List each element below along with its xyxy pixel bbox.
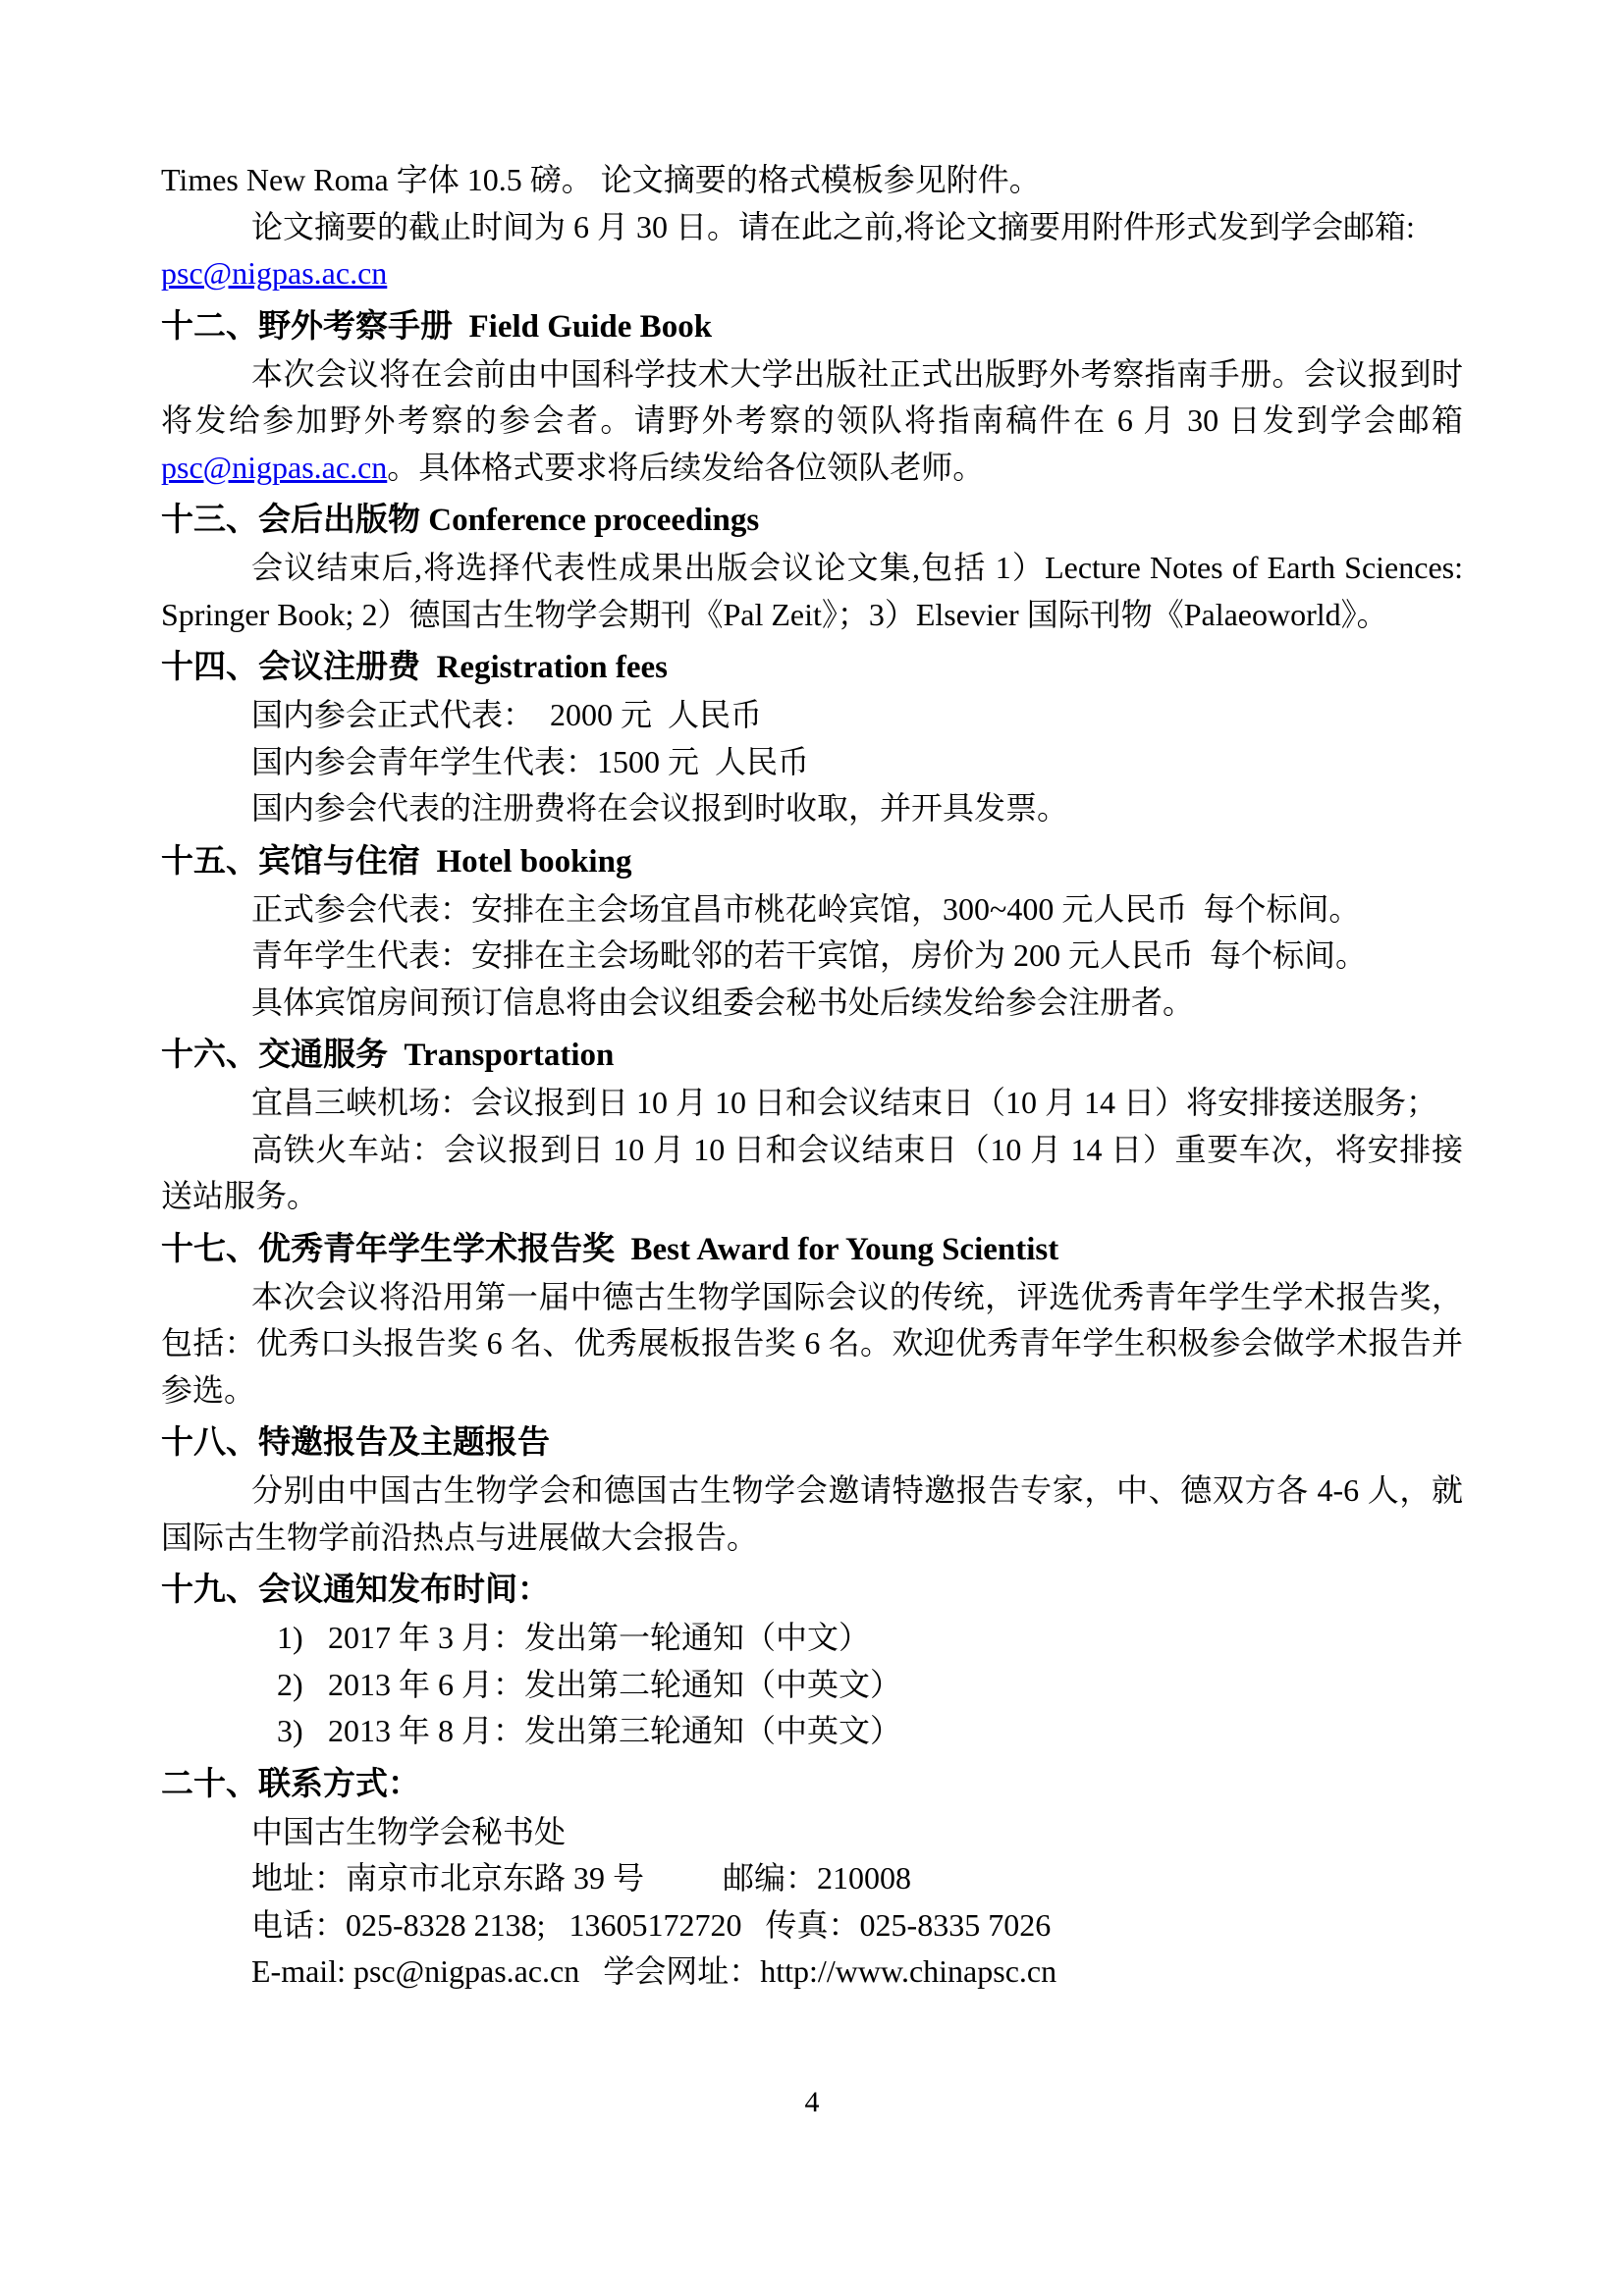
hotel-line: 具体宾馆房间预订信息将由会议组委会秘书处后续发给参会注册者。	[161, 980, 1463, 1027]
notice-schedule-item: 2)2013 年 6 月：发出第二轮通知（中英文）	[277, 1662, 1463, 1709]
hotel-line: 青年学生代表：安排在主会场毗邻的若干宾馆，房价为 200 元人民币 每个标间。	[161, 933, 1463, 980]
registration-fee-line: 国内参会青年学生代表：1500 元 人民币	[161, 739, 1463, 786]
paragraph-text: 本次会议将在会前由中国科学技术大学出版社正式出版野外考察指南手册。会议报到时将发…	[161, 356, 1463, 439]
font-note-text: Times New Roma 字体 10.5 磅。 论文摘要的格式模板参见附件。	[161, 157, 1463, 204]
notice-schedule-item: 1)2017 年 3 月：发出第一轮通知（中文）	[277, 1615, 1463, 1662]
registration-fee-line: 国内参会正式代表： 2000 元 人民币	[161, 692, 1463, 739]
section-13-paragraph: 会议结束后,将选择代表性成果出版会议论文集,包括 1）Lecture Notes…	[161, 545, 1463, 638]
section-title-20: 二十、联系方式：	[161, 1760, 1463, 1809]
contact-phone-line: 电话：025-8328 2138; 13605172720 传真：025-833…	[161, 1902, 1463, 1949]
list-number: 1)	[277, 1615, 328, 1662]
contact-email-line: E-mail: psc@nigpas.ac.cn 学会网址：http://www…	[161, 1949, 1463, 1996]
list-text: 2013 年 8 月：发出第三轮通知（中英文）	[328, 1713, 901, 1748]
document-page: Times New Roma 字体 10.5 磅。 论文摘要的格式模板参见附件。…	[0, 0, 1624, 2296]
list-number: 2)	[277, 1662, 328, 1709]
section-title-19: 十九、会议通知发布时间：	[161, 1566, 1463, 1615]
transport-line: 宜昌三峡机场：会议报到日 10 月 10 日和会议结束日（10 月 14 日）将…	[161, 1080, 1463, 1127]
hotel-line: 正式参会代表：安排在主会场宜昌市桃花岭宾馆，300~400 元人民币 每个标间。	[161, 886, 1463, 934]
section-17-paragraph: 本次会议将沿用第一届中德古生物学国际会议的传统，评选优秀青年学生学术报告奖，包括…	[161, 1274, 1463, 1415]
section-title-17: 十七、优秀青年学生学术报告奖 Best Award for Young Scie…	[161, 1225, 1463, 1274]
transport-line: 高铁火车站：会议报到日 10 月 10 日和会议结束日（10 月 14 日）重要…	[161, 1127, 1463, 1220]
section-title-12: 十二、野外考察手册 Field Guide Book	[161, 302, 1463, 351]
document-content: Times New Roma 字体 10.5 磅。 论文摘要的格式模板参见附件。…	[0, 0, 1624, 1996]
email-link[interactable]: psc@nigpas.ac.cn	[161, 255, 387, 291]
section-12-paragraph: 本次会议将在会前由中国科学技术大学出版社正式出版野外考察指南手册。会议报到时将发…	[161, 351, 1463, 492]
list-text: 2017 年 3 月：发出第一轮通知（中文）	[328, 1620, 870, 1655]
section-title-14: 十四、会议注册费 Registration fees	[161, 643, 1463, 692]
section-title-13: 十三、会后出版物 Conference proceedings	[161, 496, 1463, 545]
list-text: 2013 年 6 月：发出第二轮通知（中英文）	[328, 1667, 901, 1702]
page-number: 4	[0, 2079, 1624, 2126]
abstract-email-line: psc@nigpas.ac.cn	[161, 250, 1463, 297]
contact-address-line: 地址：南京市北京东路 39 号 邮编：210008	[161, 1855, 1463, 1902]
section-18-paragraph: 分别由中国古生物学会和德国古生物学会邀请特邀报告专家，中、德双方各 4-6 人，…	[161, 1468, 1463, 1561]
section-title-15: 十五、宾馆与住宿 Hotel booking	[161, 837, 1463, 886]
section-title-18: 十八、特邀报告及主题报告	[161, 1418, 1463, 1468]
paragraph-text: 。具体格式要求将后续发给各位领队老师。	[387, 450, 984, 485]
contact-organization: 中国古生物学会秘书处	[161, 1809, 1463, 1856]
notice-schedule-item: 3)2013 年 8 月：发出第三轮通知（中英文）	[277, 1708, 1463, 1755]
registration-fee-line: 国内参会代表的注册费将在会议报到时收取，并开具发票。	[161, 785, 1463, 832]
list-number: 3)	[277, 1708, 328, 1755]
email-link[interactable]: psc@nigpas.ac.cn	[161, 450, 387, 485]
section-title-16: 十六、交通服务 Transportation	[161, 1031, 1463, 1080]
abstract-deadline-text: 论文摘要的截止时间为 6 月 30 日。请在此之前,将论文摘要用附件形式发到学会…	[161, 204, 1463, 251]
